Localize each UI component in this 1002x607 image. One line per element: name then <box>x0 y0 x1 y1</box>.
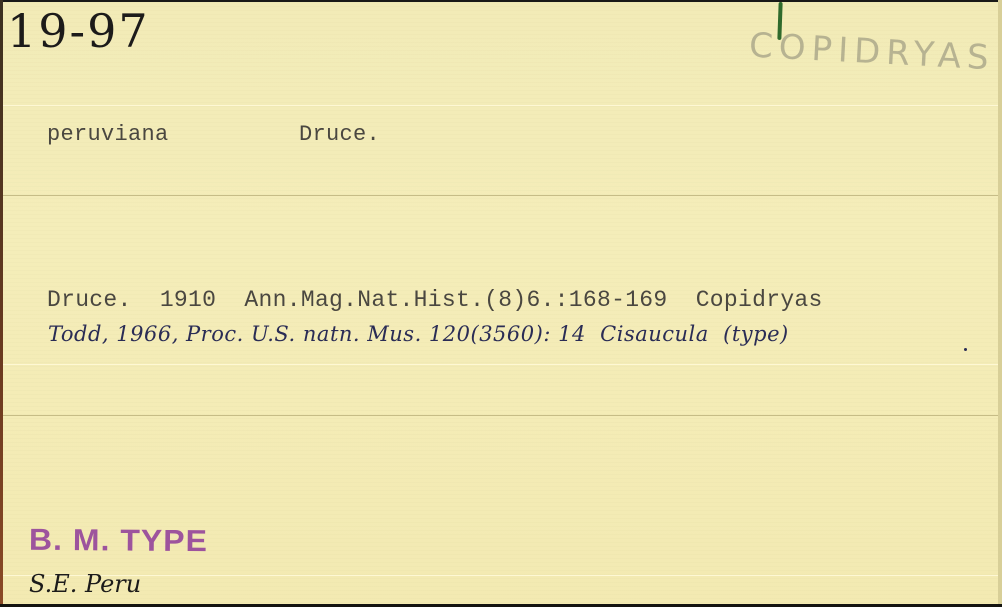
genus-pencil-note: COPIDRYAS <box>748 26 995 79</box>
card-number: 19-97 <box>7 4 150 58</box>
species-author: Druce. <box>299 122 380 147</box>
reference-handwritten: Todd, 1966, Proc. U.S. natn. Mus. 120(35… <box>48 322 789 346</box>
card-right-edge <box>998 0 1002 607</box>
locality-note: S.E. Peru <box>29 570 141 598</box>
ruled-line <box>3 415 1001 416</box>
ruled-line <box>3 195 1001 196</box>
type-stamp: B. M. TYPE <box>29 522 208 559</box>
reference-typed: Druce. 1910 Ann.Mag.Nat.Hist.(8)6.:168-1… <box>47 287 823 313</box>
card-left-edge <box>0 0 3 607</box>
ruled-line <box>3 575 1001 576</box>
ruled-line <box>3 105 1001 106</box>
ruled-line <box>3 364 1001 365</box>
species-name: peruviana <box>47 122 169 147</box>
index-card: 19-97 COPIDRYAS peruviana Druce. Druce. … <box>3 2 1001 604</box>
ink-dot <box>964 348 967 351</box>
